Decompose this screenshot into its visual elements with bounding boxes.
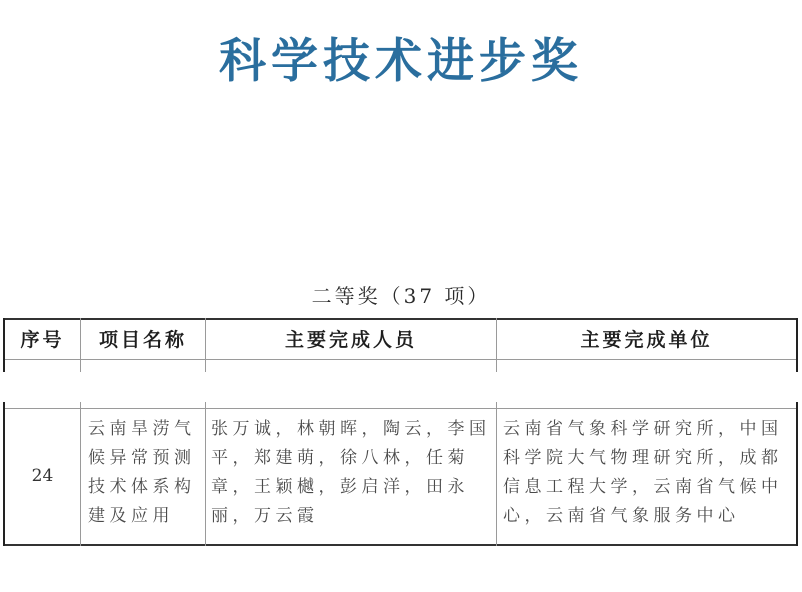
table-row-index: 24 xyxy=(5,409,80,544)
table-right-border xyxy=(796,318,798,546)
column-header-project: 项目名称 xyxy=(81,318,205,359)
row-top-rule xyxy=(3,408,798,409)
header-bottom-rule xyxy=(3,359,798,360)
table-row-people: 张万诚，林朝晖，陶云，李国平，郑建萌，徐八林，任菊章，王颖樾，彭启洋，田永丽，万… xyxy=(211,415,495,531)
awards-table: 序号 项目名称 主要完成人员 主要完成单位 24 云南旱涝气候异常预测技术体系构… xyxy=(3,318,798,546)
column-header-index: 序号 xyxy=(5,318,80,359)
page-title: 科学技术进步奖 xyxy=(0,30,802,94)
table-bottom-border xyxy=(3,544,798,546)
column-header-people: 主要完成人员 xyxy=(206,318,496,359)
column-header-units: 主要完成单位 xyxy=(497,318,796,359)
page-break-gap xyxy=(3,372,798,402)
table-row-project: 云南旱涝气候异常预测技术体系构建及应用 xyxy=(88,415,202,531)
table-row-units: 云南省气象科学研究所，中国科学院大气物理研究所，成都信息工程大学，云南省气候中心… xyxy=(503,415,795,531)
table-caption: 二等奖（37 项） xyxy=(0,281,802,311)
